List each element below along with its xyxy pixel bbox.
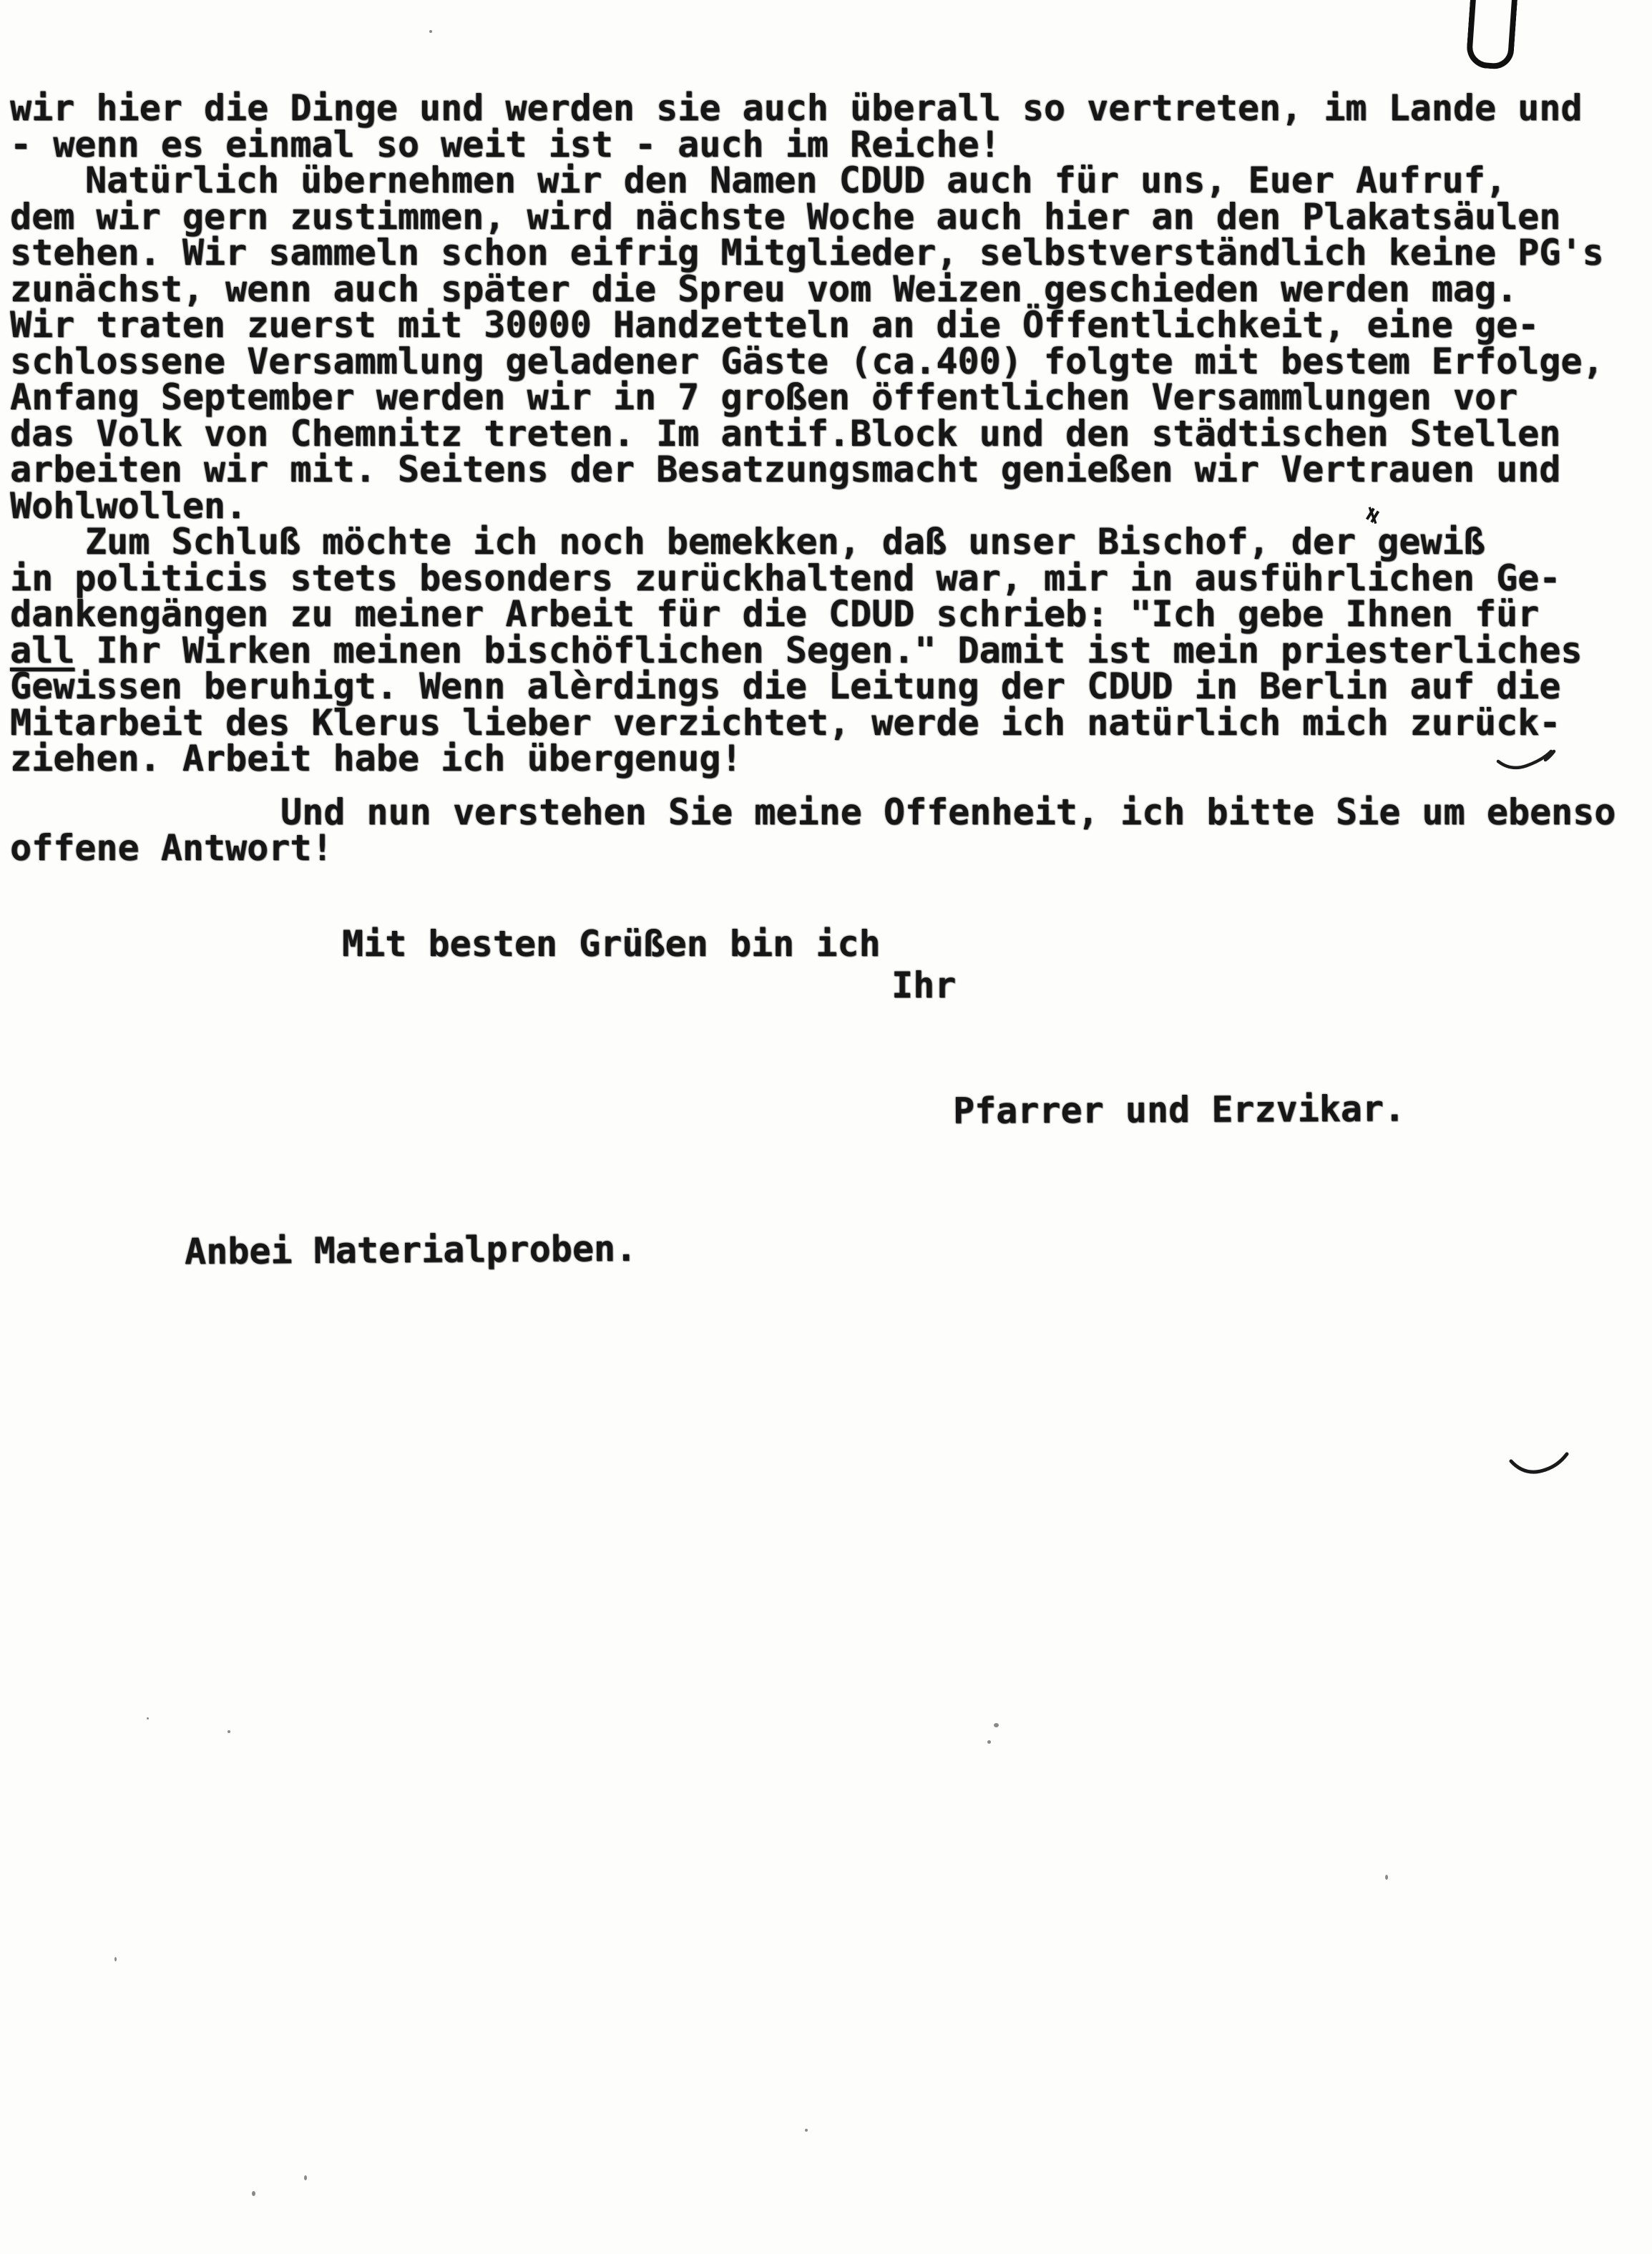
scan-speck xyxy=(1385,1875,1388,1880)
pen-squiggle-icon xyxy=(1508,1451,1576,1483)
scan-speck xyxy=(994,1723,999,1727)
paperclip-mark-icon xyxy=(1465,0,1518,70)
letter-line: Zum Schluß möchte ich noch bemekken, daß… xyxy=(10,524,1641,560)
letter-line: dem wir gern zustimmen, wird nächste Woc… xyxy=(10,199,1641,235)
letter-line: Natürlich übernehmen wir den Namen CDUD … xyxy=(10,162,1641,199)
letter-line: - wenn es einmal so weit ist - auch im R… xyxy=(10,127,1641,163)
letter-line: ziehen. Arbeit habe ich übergenug! xyxy=(10,741,1641,777)
scan-speck xyxy=(147,1717,149,1719)
pen-squiggle-icon xyxy=(1495,746,1560,781)
letter-line: schlossene Versammlung geladener Gäste (… xyxy=(10,343,1641,380)
letter-line: Wohlwollen. xyxy=(10,488,1641,525)
letter-line: Wir traten zuerst mit 30000 Handzetteln … xyxy=(10,307,1641,343)
letter-line: Und nun verstehen Sie meine Offenheit, i… xyxy=(10,794,1641,831)
letter-body-text: wir hier die Dinge und werden sie auch ü… xyxy=(10,90,1641,867)
scan-speck xyxy=(114,1957,117,1961)
letter-line: in politicis stets besonders zurückhalte… xyxy=(10,560,1641,597)
letter-line: Anfang September werden wir in 7 großen … xyxy=(10,379,1641,416)
letter-line: all Ihr Wirken meinen bischöflichen Sege… xyxy=(10,633,1641,669)
enclosure-note: Anbei Materialproben. xyxy=(185,1228,637,1272)
letter-line: offene Antwort! xyxy=(10,830,1641,867)
scan-speck xyxy=(429,30,432,33)
closing-pronoun: Ihr xyxy=(891,965,956,1006)
closing-salutation: Mit besten Grüßen bin ich xyxy=(342,923,881,965)
letter-line: das Volk von Chemnitz treten. Im antif.B… xyxy=(10,416,1641,452)
letter-line: wir hier die Dinge und werden sie auch ü… xyxy=(10,90,1641,127)
scan-speck xyxy=(805,2129,808,2132)
signature-title: Pfarrer und Erzvikar. xyxy=(953,1088,1405,1131)
scan-speck xyxy=(228,1730,230,1733)
letter-line: stehen. Wir sammeln schon eifrig Mitglie… xyxy=(10,235,1641,271)
scanned-letter-page: wir hier die Dinge und werden sie auch ü… xyxy=(0,0,1652,2254)
scan-speck xyxy=(987,1740,991,1744)
letter-line: Mitarbeit des Klerus lieber verzichtet, … xyxy=(10,705,1641,741)
letter-line: zunächst, wenn auch später die Spreu vom… xyxy=(10,271,1641,308)
letter-line: arbeiten wir mit. Seitens der Besatzungs… xyxy=(10,452,1641,488)
scan-speck xyxy=(252,2191,255,2196)
letter-line: Gewissen beruhigt. Wenn alèrdings die Le… xyxy=(10,668,1641,705)
underlined-word: all xyxy=(10,630,74,671)
letter-line: dankengängen zu meiner Arbeit für die CD… xyxy=(10,596,1641,633)
scan-speck xyxy=(304,2175,307,2180)
